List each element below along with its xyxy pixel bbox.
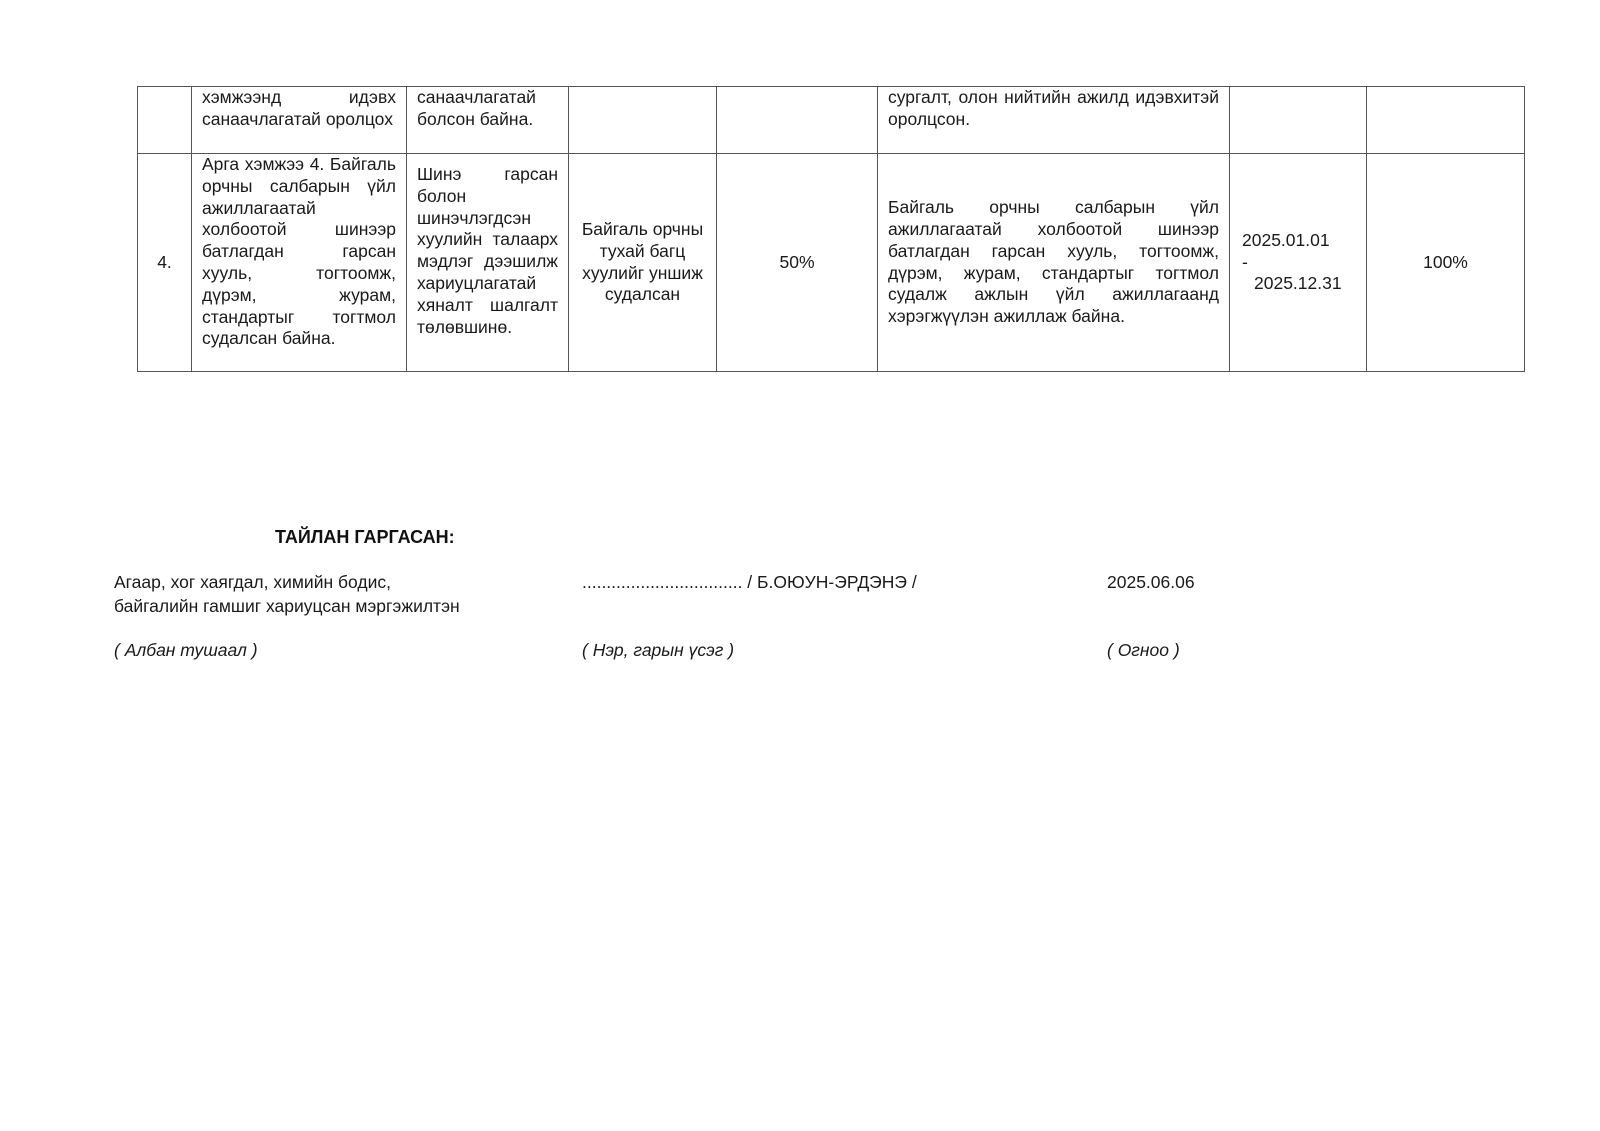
signoff-date: 2025.06.06 <box>1107 570 1195 594</box>
expected-result-text: Шинэ гарсан болон шинэчлэгдсэн хуулийн т… <box>417 154 558 338</box>
signature-line: ................................. / Б.ОЮ… <box>582 570 917 594</box>
completion-cell: 100% <box>1367 154 1525 372</box>
table-row: 4. Арга хэмжээ 4. Байгаль орчны салбарын… <box>138 154 1525 372</box>
row-number-cell <box>138 87 192 154</box>
activity-cell: Байгаль орчны тухай багц хуулийг уншиж с… <box>569 154 717 372</box>
completion-cell <box>1367 87 1525 154</box>
period-separator: - <box>1242 252 1356 274</box>
period-to: 2025.12.31 <box>1242 273 1356 295</box>
position-line-2: байгалийн гамшиг хариуцсан мэргэжилтэн <box>114 594 460 618</box>
row-number-cell: 4. <box>138 154 192 372</box>
position-line-1: Агаар, хог хаягдал, химийн бодис, <box>114 570 460 594</box>
date-range: 2025.01.01 - 2025.12.31 <box>1240 230 1356 295</box>
period-cell: 2025.01.01 - 2025.12.31 <box>1230 154 1367 372</box>
table-row: хэмжээнд идэвх санаачлагатай оролцох сан… <box>138 87 1525 154</box>
activity-cell <box>569 87 717 154</box>
signoff-heading: ТАЙЛАН ГАРГАСАН: <box>275 527 455 548</box>
measure-cell: хэмжээнд идэвх санаачлагатай оролцох <box>192 87 407 154</box>
measure-cell: Арга хэмжээ 4. Байгаль орчны салбарын үй… <box>192 154 407 372</box>
caption-signature: ( Нэр, гарын үсэг ) <box>582 640 734 661</box>
position-title: Агаар, хог хаягдал, химийн бодис, байгал… <box>114 570 460 618</box>
progress-cell: 50% <box>717 154 878 372</box>
document-page: хэмжээнд идэвх санаачлагатай оролцох сан… <box>0 0 1600 1131</box>
description-cell: сургалт, олон нийтийн ажилд идэвхитэй ор… <box>878 87 1230 154</box>
report-table: хэмжээнд идэвх санаачлагатай оролцох сан… <box>137 86 1525 372</box>
period-cell <box>1230 87 1367 154</box>
expected-result-cell: санаачлагатай болсон байна. <box>407 87 569 154</box>
period-from: 2025.01.01 <box>1242 230 1330 250</box>
progress-cell <box>717 87 878 154</box>
expected-result-cell: Шинэ гарсан болон шинэчлэгдсэн хуулийн т… <box>407 154 569 372</box>
caption-date: ( Огноо ) <box>1107 640 1180 661</box>
caption-position: ( Албан тушаал ) <box>114 640 258 661</box>
description-cell: Байгаль орчны салбарын үйл ажиллагаатай … <box>878 154 1230 372</box>
